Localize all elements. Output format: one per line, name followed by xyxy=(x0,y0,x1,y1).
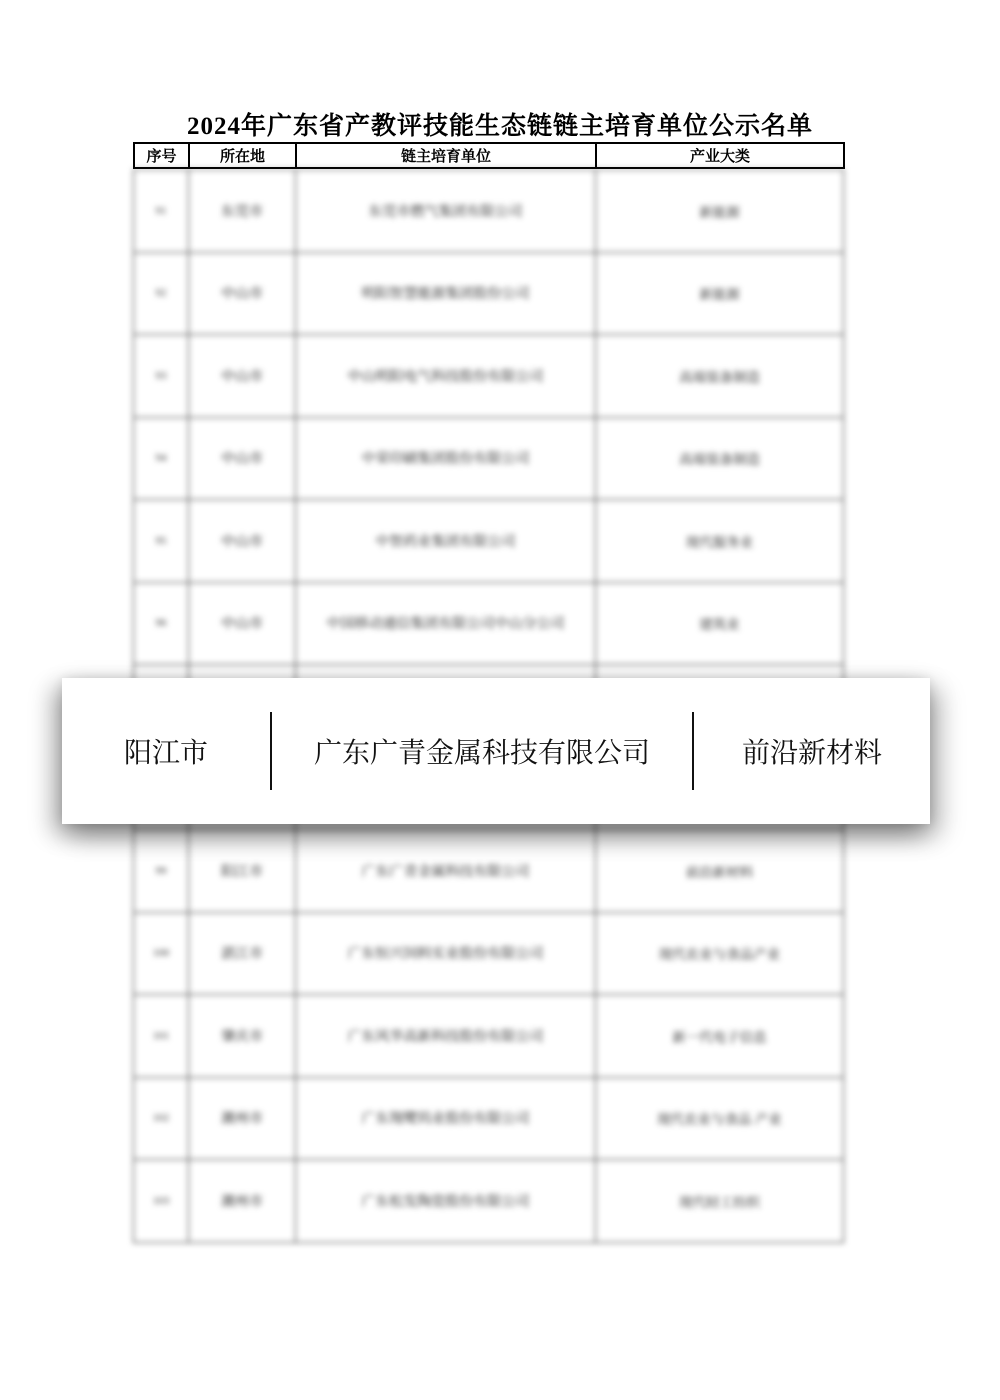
cell-category: 高端装备制造 xyxy=(596,335,844,418)
table-header-row: 序号 所在地 链主培育单位 产业大类 xyxy=(134,143,844,168)
cell-unit: 广东恒兴饲料实业股份有限公司 xyxy=(296,912,596,995)
popup-category-value: 前沿新材料 xyxy=(694,731,930,771)
cell-unit: 广东风华高新科技股份有限公司 xyxy=(296,995,596,1078)
cell-city: 湛江市 xyxy=(189,912,296,995)
cell-category: 建筑业 xyxy=(596,582,844,665)
header-cell-unit: 链主培育单位 xyxy=(296,143,596,168)
cell-unit: 中山明阳电气科技股份有限公司 xyxy=(296,335,596,418)
cell-unit: 广东翔鹭钨业股份有限公司 xyxy=(296,1077,596,1160)
popup-city-value: 阳江市 xyxy=(62,731,270,771)
cell-unit: 广东广青金属科技有限公司 xyxy=(296,830,596,913)
table-row: 96中山市中国移动通信集团有限公司中山分公司建筑业 xyxy=(134,582,844,665)
cell-city: 肇庆市 xyxy=(189,995,296,1078)
header-cell-no: 序号 xyxy=(134,143,189,168)
cell-city: 阳江市 xyxy=(189,830,296,913)
table-row: 100湛江市广东恒兴饲料实业股份有限公司现代农业与食品产业 xyxy=(134,912,844,995)
cell-unit: 东莞市燃气集团有限公司 xyxy=(296,170,596,253)
cell-no: 101 xyxy=(134,995,189,1078)
header-cell-category: 产业大类 xyxy=(596,143,844,168)
cell-category: 新能源 xyxy=(596,170,844,253)
cell-category: 新一代电子信息 xyxy=(596,995,844,1078)
cell-city: 东莞市 xyxy=(189,170,296,253)
cell-city: 潮州市 xyxy=(189,1160,296,1243)
cell-no: 93 xyxy=(134,335,189,418)
cell-category: 新能源 xyxy=(596,252,844,335)
cell-no: 99 xyxy=(134,830,189,913)
document-page: 2024年广东省产教评技能生态链链主培育单位公示名单 序号 所在地 链主培育单位… xyxy=(0,0,1000,1400)
table-row: 91东莞市东莞市燃气集团有限公司新能源 xyxy=(134,170,844,253)
cell-city: 潮州市 xyxy=(189,1077,296,1160)
cell-no: 102 xyxy=(134,1077,189,1160)
table-row: 103潮州市广东松发陶瓷股份有限公司现代轻工纺织 xyxy=(134,1160,844,1243)
header-cell-city: 所在地 xyxy=(189,143,296,168)
cell-no: 94 xyxy=(134,417,189,500)
cell-city: 中山市 xyxy=(189,252,296,335)
cell-category: 现代轻工纺织 xyxy=(596,1160,844,1243)
cell-city: 中山市 xyxy=(189,500,296,583)
table-header: 序号 所在地 链主培育单位 产业大类 xyxy=(133,142,845,169)
cell-unit: 中荣印刷集团股份有限公司 xyxy=(296,417,596,500)
table-row: 101肇庆市广东风华高新科技股份有限公司新一代电子信息 xyxy=(134,995,844,1078)
cell-no: 91 xyxy=(134,170,189,253)
table-row: 92中山市明阳智慧能源集团股份公司新能源 xyxy=(134,252,844,335)
table-row: 99阳江市广东广青金属科技有限公司前沿新材料 xyxy=(134,830,844,913)
cell-no: 103 xyxy=(134,1160,189,1243)
table-row: 102潮州市广东翔鹭钨业股份有限公司现代农业与食品 产业 xyxy=(134,1077,844,1160)
cell-city: 中山市 xyxy=(189,417,296,500)
cell-category: 前沿新材料 xyxy=(596,830,844,913)
table-row: 93中山市中山明阳电气科技股份有限公司高端装备制造 xyxy=(134,335,844,418)
cell-unit: 中智药业集团有限公司 xyxy=(296,500,596,583)
cell-category: 高端装备制造 xyxy=(596,417,844,500)
cell-category: 现代服务业 xyxy=(596,500,844,583)
cell-no: 92 xyxy=(134,252,189,335)
table-row: 95中山市中智药业集团有限公司现代服务业 xyxy=(134,500,844,583)
cell-unit: 中国移动通信集团有限公司中山分公司 xyxy=(296,582,596,665)
cell-unit: 广东松发陶瓷股份有限公司 xyxy=(296,1160,596,1243)
page-title: 2024年广东省产教评技能生态链链主培育单位公示名单 xyxy=(0,106,1000,142)
cell-category: 现代农业与食品 产业 xyxy=(596,1077,844,1160)
cell-no: 96 xyxy=(134,582,189,665)
cell-city: 中山市 xyxy=(189,335,296,418)
cell-category: 现代农业与食品产业 xyxy=(596,912,844,995)
cell-no: 95 xyxy=(134,500,189,583)
magnified-row-popup: 阳江市 广东广青金属科技有限公司 前沿新材料 xyxy=(62,678,930,824)
popup-company-value: 广东广青金属科技有限公司 xyxy=(272,731,692,771)
cell-unit: 明阳智慧能源集团股份公司 xyxy=(296,252,596,335)
cell-city: 中山市 xyxy=(189,582,296,665)
table-row: 94中山市中荣印刷集团股份有限公司高端装备制造 xyxy=(134,417,844,500)
cell-no: 100 xyxy=(134,912,189,995)
